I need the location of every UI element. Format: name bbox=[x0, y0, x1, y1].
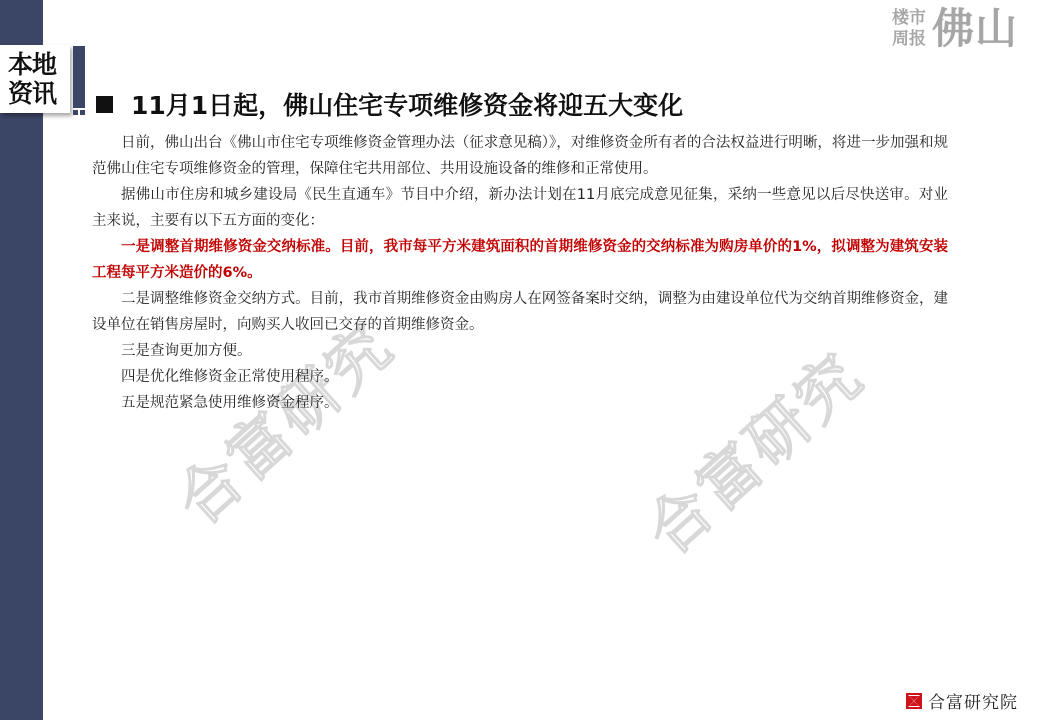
paragraph: 二是调整维修资金交纳方式。目前，我市首期维修资金由购房人在网签备案时交纳，调整为… bbox=[92, 286, 948, 338]
brand-header: 楼市 周报 佛山 bbox=[892, 6, 1018, 52]
paragraph: 日前，佛山出台《佛山市住宅专项维修资金管理办法（征求意见稿）》，对维修资金所有者… bbox=[92, 130, 948, 182]
page-title-text: 11月1日起，佛山住宅专项维修资金将迎五大变化 bbox=[131, 86, 683, 122]
page-title: 11月1日起，佛山住宅专项维修资金将迎五大变化 bbox=[96, 86, 683, 122]
paragraph: 三是查询更加方便。 bbox=[92, 338, 948, 364]
hefu-logo-icon bbox=[906, 693, 922, 709]
highlighted-paragraph: 一是调整首期维修资金交纳标准。目前，我市每平方米建筑面积的首期维修资金的交纳标准… bbox=[92, 234, 948, 286]
accent-square bbox=[73, 110, 78, 115]
section-label-line2: 资讯 bbox=[8, 79, 70, 108]
footer-org: 合富研究院 bbox=[906, 688, 1018, 713]
footer-org-name: 合富研究院 bbox=[928, 688, 1018, 713]
paragraph: 五是规范紧急使用维修资金程序。 bbox=[92, 390, 948, 416]
brand-small-line2: 周报 bbox=[892, 29, 926, 50]
accent-bar bbox=[73, 46, 85, 108]
section-label-line1: 本地 bbox=[8, 50, 70, 79]
article-body: 日前，佛山出台《佛山市住宅专项维修资金管理办法（征求意见稿）》，对维修资金所有者… bbox=[92, 130, 948, 416]
accent-square bbox=[80, 110, 85, 115]
brand-city: 佛山 bbox=[932, 6, 1018, 52]
paragraph: 四是优化维修资金正常使用程序。 bbox=[92, 364, 948, 390]
section-label: 本地 资讯 bbox=[0, 45, 70, 113]
square-bullet-icon bbox=[96, 96, 113, 113]
brand-small-line1: 楼市 bbox=[892, 8, 926, 29]
brand-subtitle: 楼市 周报 bbox=[892, 8, 926, 50]
paragraph: 据佛山市住房和城乡建设局《民生直通车》节目中介绍，新办法计划在11月底完成意见征… bbox=[92, 182, 948, 234]
